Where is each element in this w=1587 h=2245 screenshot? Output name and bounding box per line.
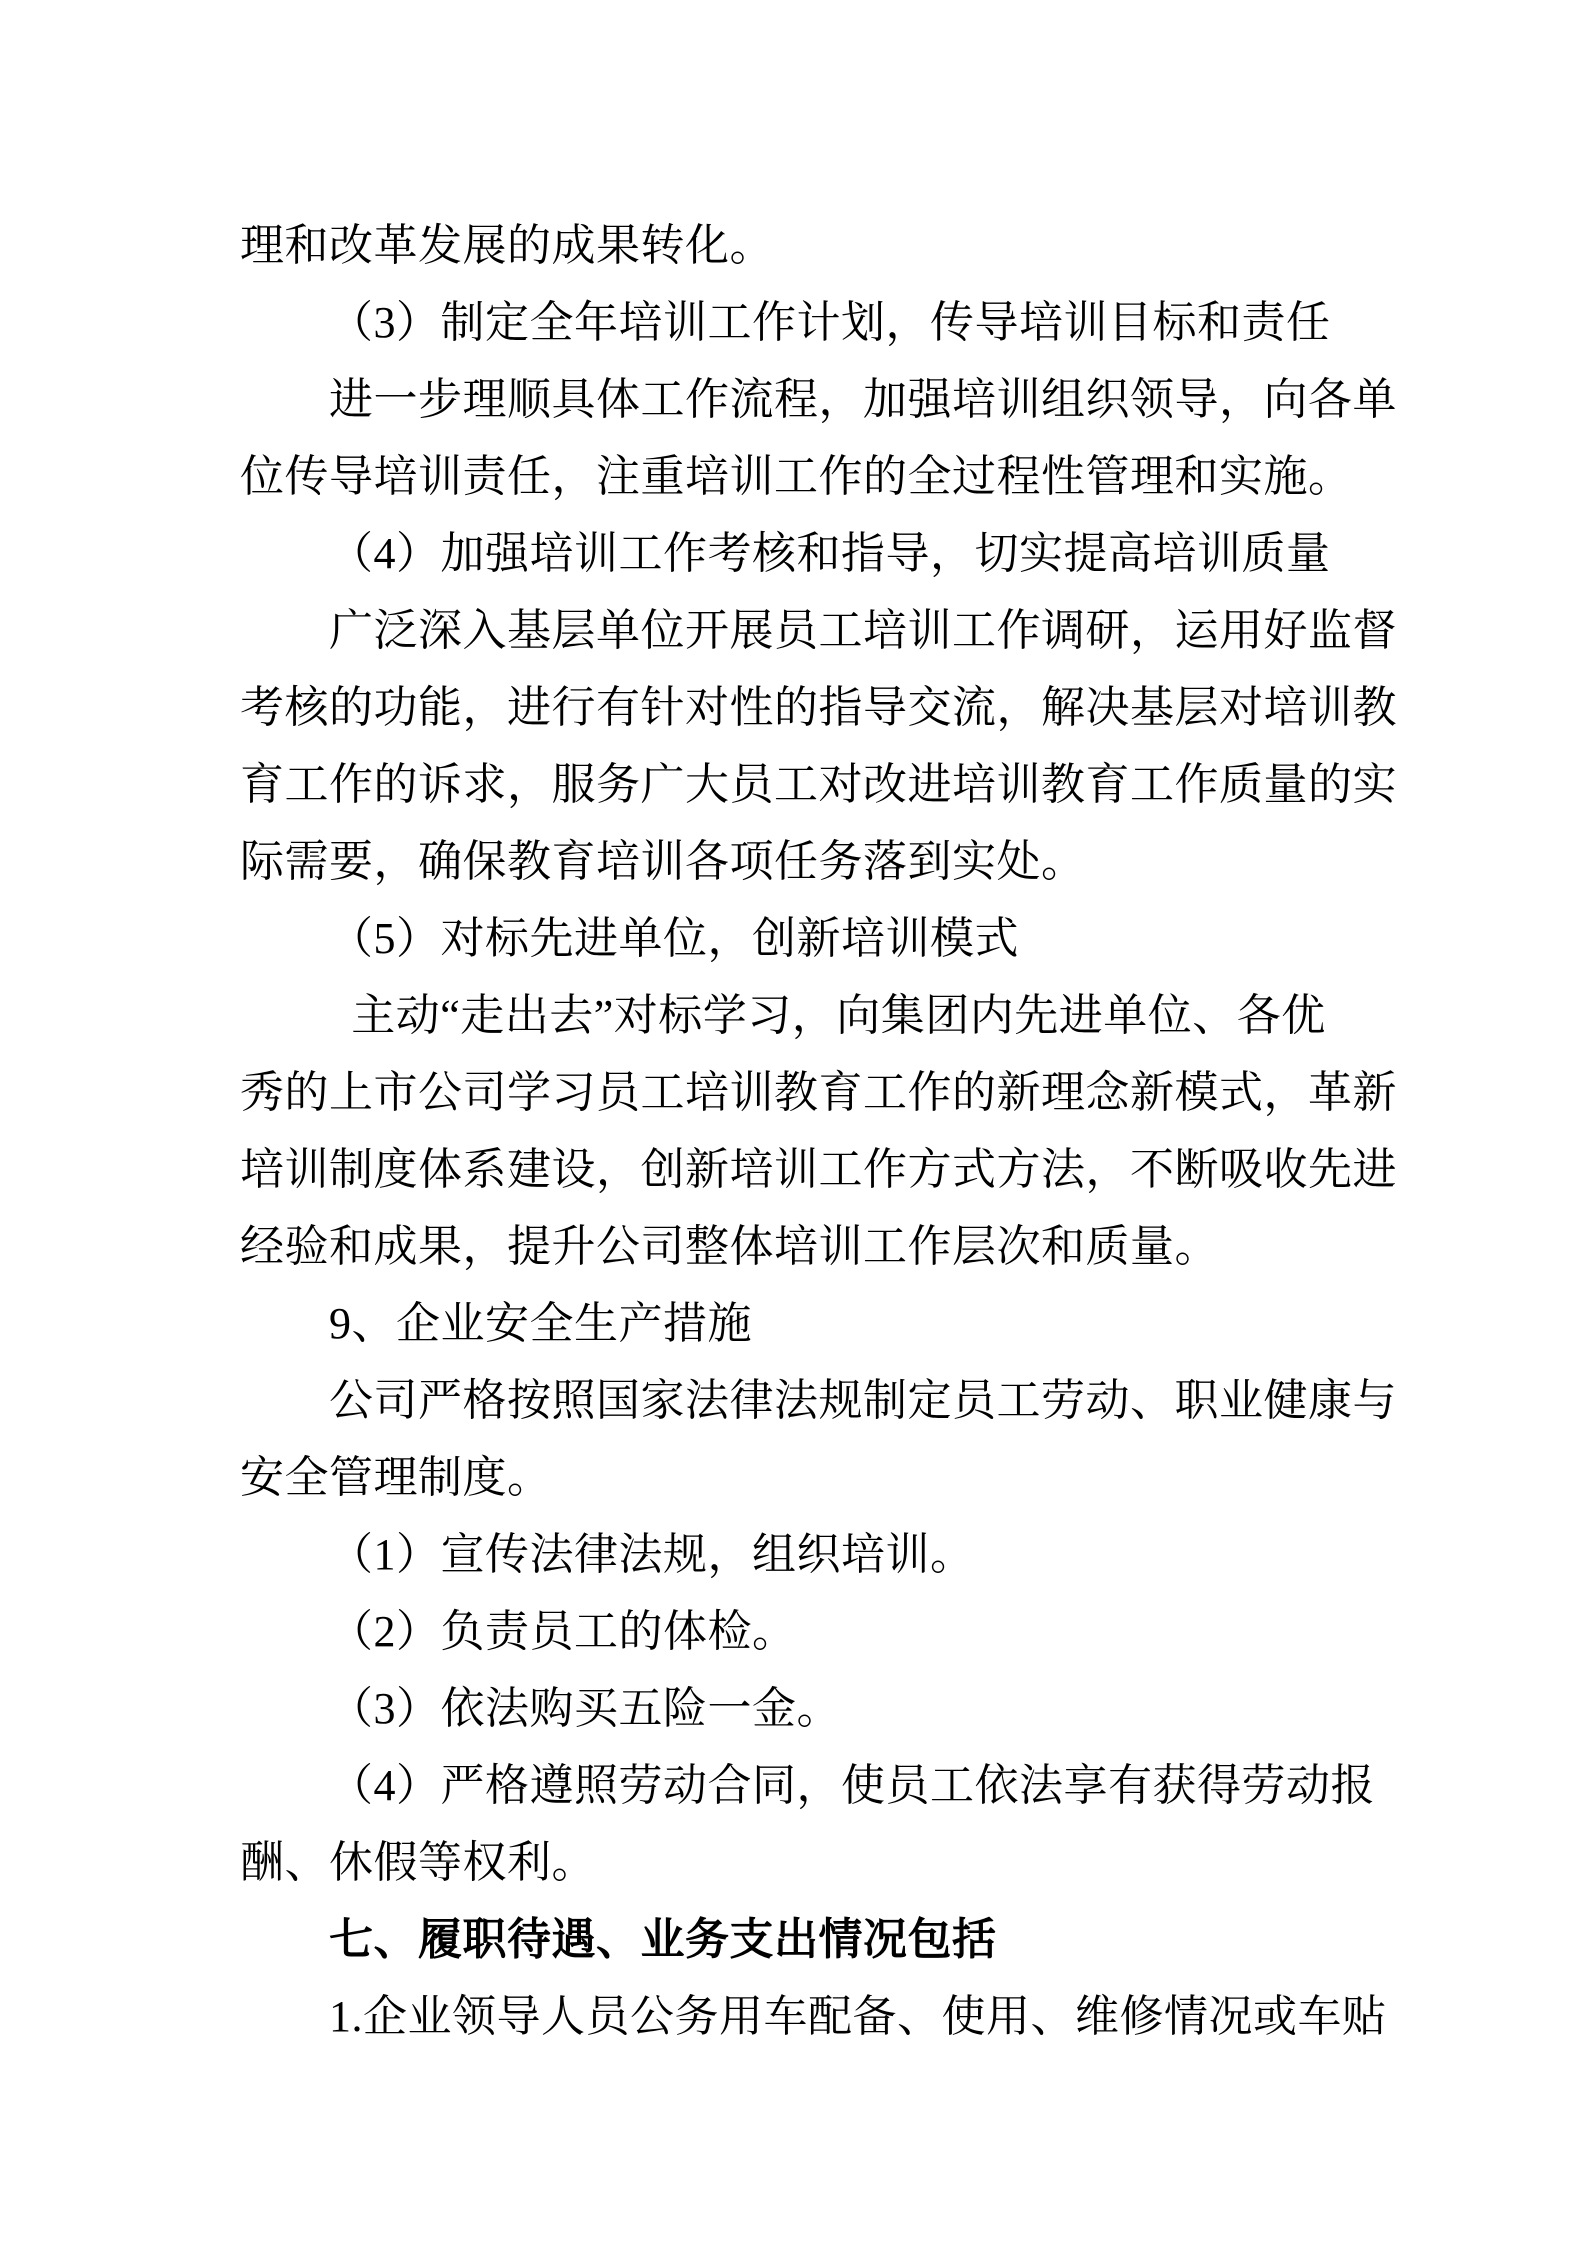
text-line: 考核的功能，进行有针对性的指导交流，解决基层对培训教 — [240, 669, 1420, 746]
text-line: 主动“走出去”对标学习，向集团内先进单位、各优 — [240, 977, 1420, 1054]
text-line: （4）加强培训工作考核和指导，切实提高培训质量 — [240, 515, 1420, 592]
text-content: 理和改革发展的成果转化。（3）制定全年培训工作计划，传导培训目标和责任进一步理顺… — [240, 207, 1420, 2055]
text-line: 经验和成果，提升公司整体培训工作层次和质量。 — [240, 1208, 1420, 1285]
text-line: （3）制定全年培训工作计划，传导培训目标和责任 — [240, 284, 1420, 361]
text-line: 进一步理顺具体工作流程，加强培训组织领导，向各单 — [240, 361, 1420, 438]
text-line: （4）严格遵照劳动合同，使员工依法享有获得劳动报 — [240, 1747, 1420, 1824]
text-line: 育工作的诉求，服务广大员工对改进培训教育工作质量的实 — [240, 746, 1420, 823]
text-line: （2）负责员工的体检。 — [240, 1593, 1420, 1670]
text-line: 秀的上市公司学习员工培训教育工作的新理念新模式，革新 — [240, 1054, 1420, 1131]
text-line: 位传导培训责任，注重培训工作的全过程性管理和实施。 — [240, 438, 1420, 515]
text-line: 理和改革发展的成果转化。 — [240, 207, 1420, 284]
text-line: 1.企业领导人员公务用车配备、使用、维修情况或车贴 — [240, 1978, 1420, 2055]
section-heading: 七、履职待遇、业务支出情况包括 — [240, 1901, 1420, 1978]
text-line: 安全管理制度。 — [240, 1439, 1420, 1516]
text-line: 培训制度体系建设，创新培训工作方式方法，不断吸收先进 — [240, 1131, 1420, 1208]
text-line: 酬、休假等权利。 — [240, 1824, 1420, 1901]
text-line: 广泛深入基层单位开展员工培训工作调研，运用好监督 — [240, 592, 1420, 669]
document-page: 理和改革发展的成果转化。（3）制定全年培训工作计划，传导培训目标和责任进一步理顺… — [0, 0, 1587, 2245]
text-line: （3）依法购买五险一金。 — [240, 1670, 1420, 1747]
text-line: （5）对标先进单位，创新培训模式 — [240, 900, 1420, 977]
text-line: （1）宣传法律法规，组织培训。 — [240, 1516, 1420, 1593]
text-line: 公司严格按照国家法律法规制定员工劳动、职业健康与 — [240, 1362, 1420, 1439]
text-line: 9、企业安全生产措施 — [240, 1285, 1420, 1362]
text-line: 际需要，确保教育培训各项任务落到实处。 — [240, 823, 1420, 900]
